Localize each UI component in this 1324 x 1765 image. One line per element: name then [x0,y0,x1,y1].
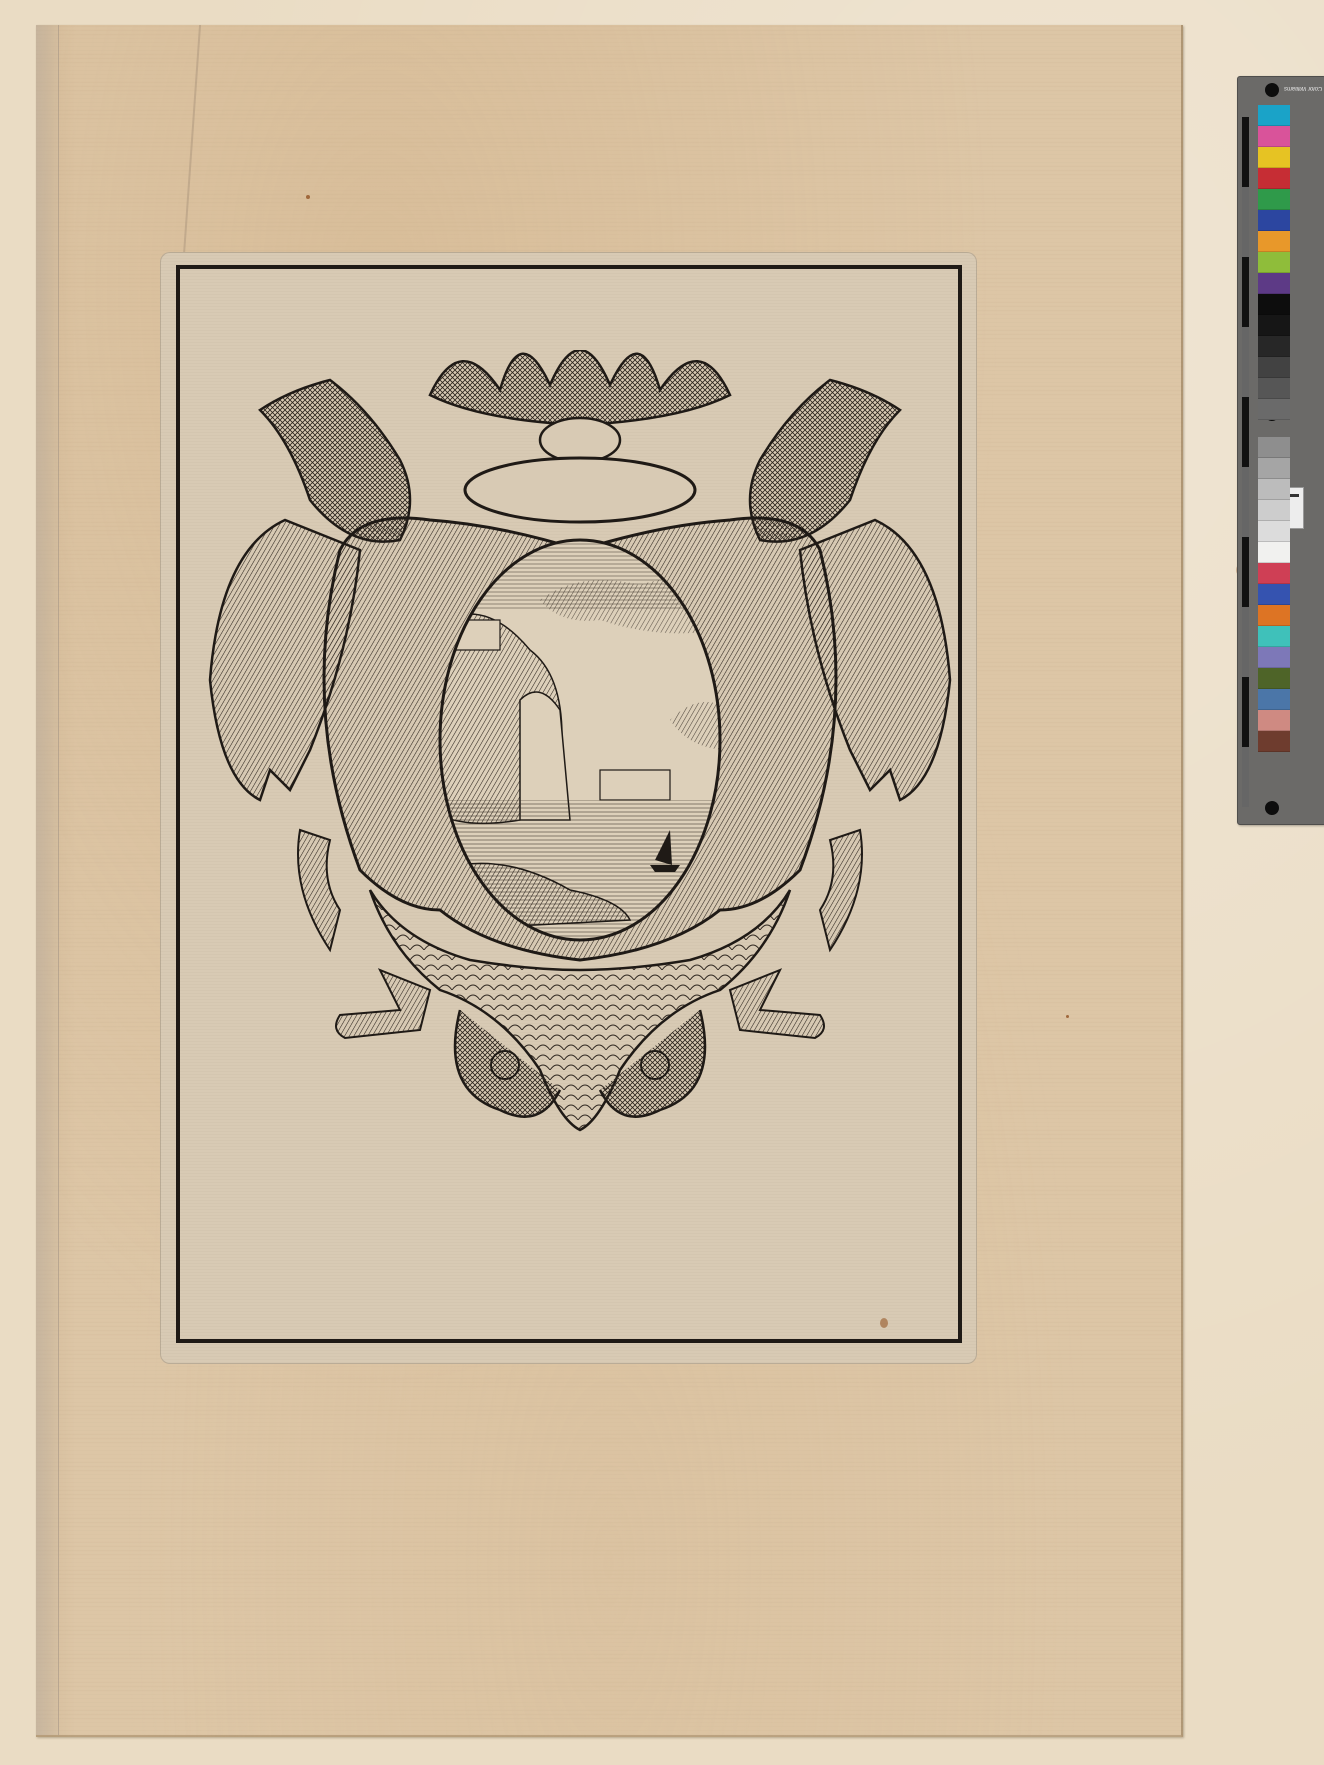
color-chip-30 [1258,105,1290,126]
shell-crest [430,350,730,462]
color-chip-3 [1258,689,1290,710]
color-chip-8 [1258,584,1290,605]
color-chip-20 [1258,315,1290,336]
color-chip-4 [1258,668,1290,689]
color-chip-16 [1258,399,1290,420]
color-chip-6 [1258,626,1290,647]
color-chip-10 [1258,542,1290,563]
paper-crease [183,25,201,255]
color-chip-25 [1258,210,1290,231]
color-chip-26 [1258,189,1290,210]
left-claw [298,830,340,950]
foxing-spot [880,1318,888,1328]
color-chip-21 [1258,294,1290,315]
color-chip-1 [1258,731,1290,752]
color-chip-23 [1258,252,1290,273]
cartouche-engraving [200,350,960,1230]
color-chip-11 [1258,521,1290,542]
color-chip-14 [1258,458,1290,479]
color-chip-17 [1258,378,1290,399]
paper-left-edge [36,25,59,1735]
color-chip-7 [1258,605,1290,626]
color-chip-12 [1258,500,1290,521]
foxing-spot [306,195,310,199]
mount-hole [1265,801,1279,815]
color-chip-27 [1258,168,1290,189]
color-chip-22 [1258,273,1290,294]
color-chip-28 [1258,147,1290,168]
color-chip-13 [1258,479,1290,500]
right-claw [820,830,862,950]
color-chip-15 [1258,437,1290,458]
color-chip-29 [1258,126,1290,147]
color-chip-2 [1258,710,1290,731]
color-calibration-target: Color Williams [1237,76,1324,825]
color-chip-18 [1258,357,1290,378]
harbor-town [600,770,670,800]
upper-color-chips [1258,105,1290,420]
color-chip-19 [1258,336,1290,357]
target-brand-label: Color Williams [1284,85,1322,91]
measurement-ruler [1242,117,1249,807]
color-chip-9 [1258,563,1290,584]
foxing-spot [1066,1015,1069,1018]
mount-hole [1265,83,1279,97]
blank-cartouche-label [465,458,695,522]
lower-color-chips [1258,437,1290,752]
color-chip-24 [1258,231,1290,252]
color-chip-5 [1258,647,1290,668]
